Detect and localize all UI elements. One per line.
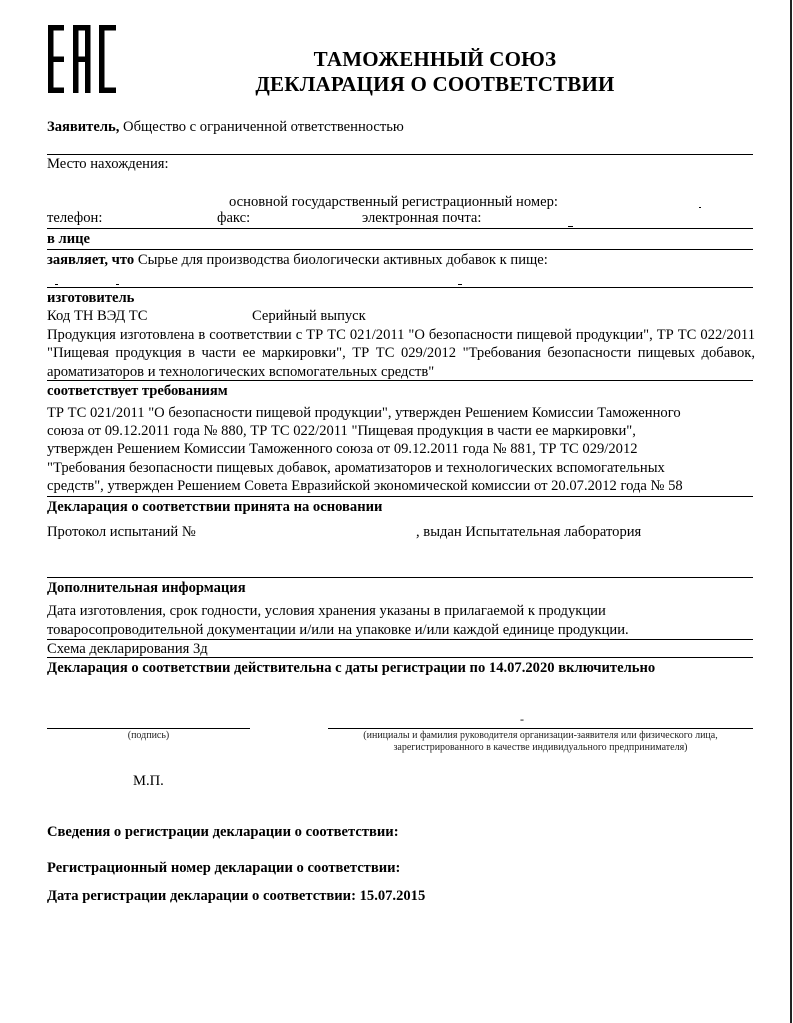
- product-name: Сырье для производства биологически акти…: [138, 252, 548, 268]
- declaration-page: ТАМОЖЕННЫЙ СОЮЗ ДЕКЛАРАЦИЯ О СООТВЕТСТВИ…: [0, 0, 792, 1023]
- basis-label: Декларация о соответствии принята на осн…: [47, 498, 382, 517]
- divider: [47, 228, 753, 229]
- additional-label: Дополнительная информация: [47, 579, 246, 598]
- mark: [55, 284, 58, 285]
- location-label: Место нахождения:: [47, 155, 169, 174]
- requirements-line: ТР ТС 021/2011 "О безопасности пищевой п…: [47, 404, 681, 423]
- name-dash: -: [520, 712, 524, 727]
- registration-number-label: Регистрационный номер декларации о соотв…: [47, 859, 400, 878]
- divider: [47, 577, 753, 578]
- divider: [47, 380, 753, 381]
- name-caption-line1: (инициалы и фамилия руководителя организ…: [328, 730, 753, 742]
- declares-label: заявляет, что: [47, 252, 134, 268]
- mark: [116, 284, 119, 285]
- requirements-label: соответствует требованиям: [47, 382, 228, 401]
- title-customs-union: ТАМОЖЕННЫЙ СОЮЗ: [200, 47, 670, 72]
- produced-text: Продукция изготовлена в соответствии с Т…: [47, 326, 755, 381]
- manufacturer-label: изготовитель: [47, 289, 134, 308]
- mark: [458, 284, 462, 285]
- registration-date-row: Дата регистрации декларации о соответств…: [47, 887, 425, 906]
- fax-label: факс:: [217, 209, 250, 228]
- stamp-place: М.П.: [133, 772, 164, 791]
- person-label: в лице: [47, 230, 90, 249]
- registration-info-label: Сведения о регистрации декларации о соот…: [47, 823, 399, 842]
- requirements-line: средств", утвержден Решением Совета Евра…: [47, 477, 683, 496]
- validity-text: Декларация о соответствии действительна …: [47, 659, 655, 678]
- applicant-row: Заявитель, Общество с ограниченной ответ…: [47, 118, 404, 137]
- title-declaration: ДЕКЛАРАЦИЯ О СООТВЕТСТВИИ: [200, 72, 670, 97]
- requirements-line: союза от 09.12.2011 года № 880, ТР ТС 02…: [47, 422, 636, 441]
- phone-label: телефон:: [47, 209, 102, 228]
- mark: [699, 207, 701, 208]
- signature-caption: (подпись): [47, 730, 250, 742]
- registration-date-label: Дата регистрации декларации о соответств…: [47, 888, 356, 904]
- declares-row: заявляет, что Сырье для производства био…: [47, 251, 548, 270]
- divider: [47, 287, 753, 288]
- name-caption-line2: зарегистрированного в качестве индивидуа…: [328, 742, 753, 754]
- additional-line: Дата изготовления, срок годности, услови…: [47, 602, 606, 621]
- protocol-label: Протокол испытаний №: [47, 523, 196, 542]
- email-label: электронная почта:: [362, 209, 481, 228]
- divider: [47, 657, 753, 658]
- registration-date-value: 15.07.2015: [360, 888, 426, 904]
- requirements-line: "Требования безопасности пищевых добавок…: [47, 459, 665, 478]
- requirements-line: утвержден Решением Комиссии Таможенного …: [47, 440, 638, 459]
- name-line: [328, 728, 753, 729]
- signature-line: [47, 728, 250, 729]
- applicant-label: Заявитель,: [47, 119, 119, 135]
- divider: [47, 496, 753, 497]
- eac-logo-icon: [48, 25, 116, 93]
- applicant-value: Общество с ограниченной ответственностью: [123, 119, 404, 135]
- additional-line: товаросопроводительной документации и/ил…: [47, 621, 629, 640]
- hs-code-label: Код ТН ВЭД ТС: [47, 307, 147, 326]
- divider: [47, 249, 753, 250]
- release-type: Серийный выпуск: [252, 307, 366, 326]
- protocol-issued-by: , выдан Испытательная лаборатория: [416, 523, 641, 542]
